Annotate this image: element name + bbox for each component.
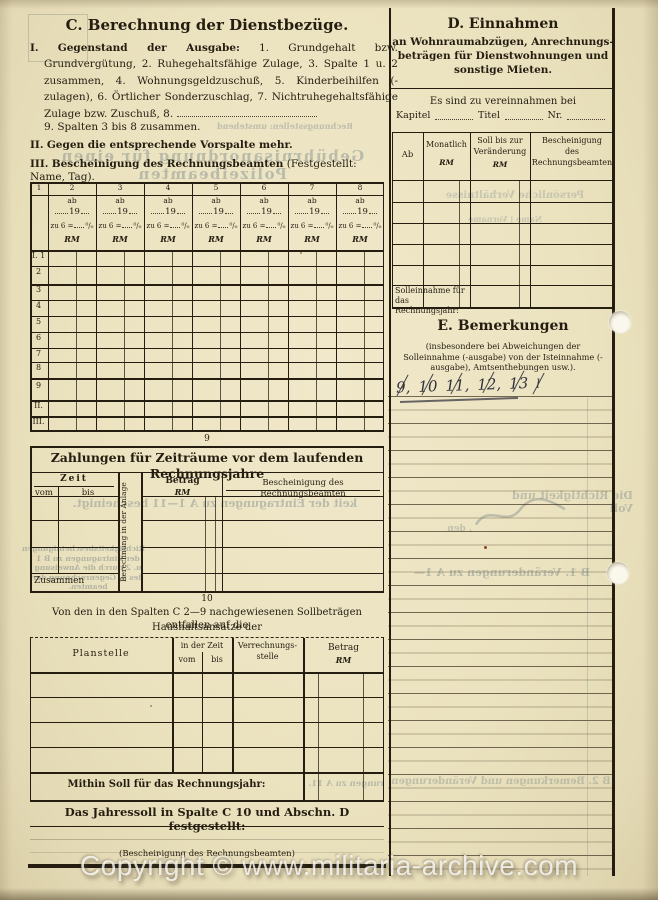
- main-table-row-label: 2: [30, 267, 47, 277]
- rule-line: [30, 300, 384, 301]
- paragraph-1-lead: Gegenstand der Ausgabe:: [58, 42, 240, 54]
- dotted-fill-line: [567, 118, 605, 120]
- colhead-rate: zu 6 =⁰/₀: [288, 220, 336, 230]
- rule-line: [30, 591, 384, 593]
- main-table-row-label: 5: [30, 317, 47, 327]
- colhead-rate: zu 6 =⁰/₀: [240, 220, 288, 230]
- colhead-year: 19: [96, 206, 144, 217]
- colhead-year: 19: [192, 206, 240, 217]
- colhead-currency: RM: [192, 234, 240, 244]
- main-table-column-header: ab 19 zu 6 =⁰/₀ RM: [144, 196, 192, 249]
- main-table-row-label: 9: [30, 381, 47, 391]
- rule-line: [30, 362, 384, 363]
- main-table-row-label: 4: [30, 301, 47, 311]
- paragraph-1-tail: 9. Spalten 3 bis 8 zusammen.: [44, 121, 384, 134]
- main-table-row-label: II.: [30, 401, 47, 411]
- rule-line: [30, 638, 31, 800]
- rule-line: [363, 672, 364, 800]
- colhead-rate: zu 6 =⁰/₀: [144, 220, 192, 230]
- allocation-col-rm: RM: [303, 655, 384, 665]
- paragraph-2-text: Gegen die entsprechende Vorspalte mehr.: [47, 139, 293, 151]
- income-col-monatlich-rm: RM: [423, 158, 470, 167]
- rule-line: [30, 332, 384, 333]
- colhead-year: 19: [144, 206, 192, 217]
- section-c-paragraph-3: III. Bescheinigung des Rechnungsbeamten …: [30, 158, 390, 184]
- paper-speckle: [300, 252, 302, 254]
- main-table-col-number: 2: [48, 183, 96, 192]
- rule-line: [30, 284, 384, 286]
- colhead-currency: RM: [48, 234, 96, 244]
- rule-line: [587, 398, 588, 876]
- main-table-col-number: 5: [192, 183, 240, 192]
- main-table-column-header: ab 19 zu 6 =⁰/₀ RM: [336, 196, 384, 249]
- payments-col-rm: RM: [143, 487, 222, 497]
- section-e-title: E. Bemerkungen: [392, 318, 614, 336]
- rule-line: [316, 250, 317, 430]
- colhead-year: 19: [48, 206, 96, 217]
- section-d-subtitle-1: an Wohnraumabzügen, Anrechnungs-: [392, 36, 614, 49]
- rule-line: [30, 672, 384, 674]
- income-col-ab: Ab: [392, 150, 423, 161]
- rule-line: [30, 839, 384, 840]
- paragraph-3-text: Bescheinigung des Rechnungsbeamten: [52, 158, 284, 170]
- rule-line: [30, 378, 384, 380]
- ghost-pers: Persönliche Verhältnisse: [425, 190, 605, 202]
- payments-col-bis: bis: [58, 488, 118, 499]
- main-table-column-header: ab 19 zu 6 =⁰/₀ RM: [192, 196, 240, 249]
- income-col-monatlich: Monatlich: [423, 140, 470, 150]
- colhead-ab: ab: [192, 196, 240, 205]
- handwritten-mark: l: [536, 377, 540, 392]
- colhead-rate: zu 6 =⁰/₀: [48, 220, 96, 230]
- rule-line: [30, 747, 384, 748]
- rule-line: [392, 132, 614, 133]
- colhead-currency: RM: [96, 234, 144, 244]
- colhead-ab: ab: [96, 196, 144, 205]
- income-col-bescheinigung-2: des: [530, 147, 614, 157]
- main-table-row-label: 3: [30, 285, 47, 295]
- rule-line: [392, 180, 614, 181]
- income-sum-label-2: das Rechnungsjahr:: [395, 296, 475, 316]
- allocation-col-planstelle: Planstelle: [30, 648, 172, 660]
- rule-line: [392, 265, 614, 266]
- colhead-currency: RM: [288, 234, 336, 244]
- roman-label: I.: [30, 42, 39, 54]
- rule-line: [30, 800, 384, 802]
- main-table-row-label: I. 1: [30, 251, 47, 261]
- rule-line: [215, 496, 216, 591]
- rule-line: [143, 573, 384, 574]
- main-table-column-header: ab 19 zu 6 =⁰/₀ RM: [240, 196, 288, 249]
- section-c-title: C. Berechnung der Dienstbezüge.: [30, 16, 384, 35]
- mithin-soll-label: Mithin Soll für das Rechnungsjahr:: [30, 779, 303, 792]
- main-table-column-header: ab 19 zu 6 =⁰/₀ RM: [288, 196, 336, 249]
- rule-line: [205, 496, 206, 591]
- section-e-note: (insbesondere bei Abweichungen der Solle…: [401, 341, 605, 373]
- rule-line: [268, 250, 269, 430]
- rule-line: [30, 316, 384, 317]
- main-table-row-label: 6: [30, 333, 47, 343]
- allocation-col-verrechnung-1: Verrechnungs-: [232, 641, 303, 651]
- rule-line: [392, 244, 614, 245]
- main-table-row-label: III.: [30, 417, 47, 427]
- watermark-text: Copyright © www.militaria-archive.com: [15, 850, 643, 882]
- allocation-col-bis: bis: [202, 655, 232, 665]
- income-col-soll-rm: RM: [470, 160, 530, 169]
- dotted-fill-line: [177, 108, 317, 117]
- handwritten-number: 9,: [396, 378, 411, 397]
- rule-line: [30, 400, 384, 402]
- rule-line: [124, 250, 125, 430]
- rule-line: [30, 547, 118, 548]
- handwritten-number: 13: [509, 374, 529, 393]
- punch-hole: [609, 311, 631, 333]
- colhead-currency: RM: [144, 234, 192, 244]
- payments-col-vom: vom: [30, 488, 58, 499]
- allocation-col-vom: vom: [172, 655, 202, 665]
- handwritten-remark: 9,1011,12,13l: [396, 370, 607, 397]
- rule-line: [30, 722, 384, 723]
- main-table-col-number: 4: [144, 183, 192, 192]
- dotted-fill-line: [435, 118, 473, 120]
- main-table-col-number: 8: [336, 183, 384, 192]
- section-d-intro: Es sind zu vereinnahmen bei: [392, 96, 614, 109]
- main-table-row-label: 8: [30, 363, 47, 373]
- rule-line: [364, 250, 365, 430]
- colhead-ab: ab: [288, 196, 336, 205]
- form-page-number-9: 9: [30, 434, 384, 445]
- main-table-column-header: ab 19 zu 6 =⁰/₀ RM: [48, 196, 96, 249]
- rule-line: [76, 250, 77, 430]
- rule-line: [390, 88, 614, 89]
- payments-col-berechnung-rotated: Berechnung in der Anlage: [119, 474, 142, 590]
- rule-line: [30, 697, 384, 698]
- colhead-year: 19: [336, 206, 384, 217]
- income-col-soll-1: Soll bis zur: [470, 136, 530, 146]
- rule-line: [143, 547, 384, 548]
- rule-line: [34, 486, 114, 487]
- rule-line: [470, 132, 471, 308]
- income-col-soll-2: Veränderung: [470, 147, 530, 157]
- nr-label: Nr.: [548, 110, 563, 122]
- allocation-intro-line2: Haushaltsansätze der: [30, 622, 384, 635]
- payments-col-bescheinigung: Bescheinigung des Rechnungsbeamten: [222, 478, 384, 499]
- handwritten-number: 10: [418, 377, 438, 396]
- allocation-col-betrag: Betrag: [303, 643, 384, 654]
- rule-line: [143, 520, 384, 521]
- colhead-ab: ab: [144, 196, 192, 205]
- colhead-currency: RM: [336, 234, 384, 244]
- rule-line: [30, 772, 384, 774]
- main-table-column-header: ab 19 zu 6 =⁰/₀ RM: [96, 196, 144, 249]
- rule-line: [30, 416, 384, 418]
- table-border-dashed: [30, 637, 384, 638]
- rule-line: [318, 672, 319, 800]
- colhead-ab: ab: [240, 196, 288, 205]
- dotted-fill-line: [505, 118, 543, 120]
- allocation-col-zeit: in der Zeit: [172, 641, 232, 651]
- colhead-year: 19: [288, 206, 336, 217]
- rule-line: [30, 520, 118, 521]
- section-c-paragraph-1: I. Gegenstand der Ausgabe: 1. Grundgehal…: [30, 40, 398, 122]
- titel-label: Titel: [478, 110, 500, 122]
- roman-label: II.: [30, 139, 43, 151]
- payments-row-zusammen: Zusammen: [34, 576, 114, 587]
- rule-line: [220, 250, 221, 430]
- kapitel-titel-nr-row: Kapitel Titel Nr.: [396, 110, 610, 122]
- income-sum-label-1: Solleinnahme für: [395, 286, 475, 296]
- main-table-col-number: 6: [240, 183, 288, 192]
- ruled-lines-area: [388, 396, 614, 876]
- rule-line: [30, 446, 384, 448]
- rule-line: [30, 573, 118, 574]
- rule-line: [392, 223, 614, 224]
- payments-col-betrag: Betrag: [143, 476, 222, 487]
- rule-line: [58, 487, 59, 573]
- income-col-bescheinigung-3: Rechnungsbeamten: [530, 158, 614, 168]
- rule-line: [30, 266, 384, 267]
- scanned-form-page: Gebührnisanordnung für einen Polizeibeam…: [0, 0, 658, 900]
- main-table-row-label: 7: [30, 349, 47, 359]
- colhead-currency: RM: [240, 234, 288, 244]
- roman-label: III.: [30, 158, 48, 170]
- rule-line: [202, 652, 203, 772]
- section-d-title: D. Einnahmen: [392, 16, 614, 34]
- punch-hole: [607, 562, 629, 584]
- main-table-col-number: 3: [96, 183, 144, 192]
- rule-line: [30, 430, 384, 432]
- income-col-bescheinigung-1: Bescheinigung: [530, 136, 614, 146]
- ghost-a11b: rungen zu A 11.: [298, 779, 384, 789]
- form-page-number-10: 10: [30, 594, 384, 605]
- kapitel-label: Kapitel: [396, 110, 430, 122]
- main-table-col-number: 7: [288, 183, 336, 192]
- colhead-rate: zu 6 =⁰/₀: [336, 220, 384, 230]
- section-d-subtitle-3: sonstige Mieten.: [392, 64, 614, 77]
- allocation-col-verrechnung-2: stelle: [232, 652, 303, 662]
- rule-line: [392, 202, 614, 203]
- colhead-ab: ab: [48, 196, 96, 205]
- rule-line: [172, 250, 173, 430]
- payments-col-zeit: Zeit: [30, 474, 118, 485]
- colhead-year: 19: [240, 206, 288, 217]
- colhead-rate: zu 6 =⁰/₀: [96, 220, 144, 230]
- section-c-paragraph-2: II. Gegen die entsprechende Vorspalte me…: [30, 139, 384, 152]
- jahressoll-label: Das Jahressoll in Spalte C 10 und Abschn…: [30, 805, 384, 834]
- rule-line: [389, 8, 391, 876]
- paper-speckle: [484, 546, 487, 549]
- paper-speckle: [150, 705, 152, 707]
- rule-line: [30, 250, 384, 252]
- rule-line: [30, 348, 384, 349]
- section-d-subtitle-2: beträgen für Dienstwohnungen und: [392, 50, 614, 63]
- handwritten-number: 11,: [445, 376, 469, 396]
- handwritten-number: 12,: [477, 375, 501, 395]
- colhead-ab: ab: [336, 196, 384, 205]
- colhead-rate: zu 6 =⁰/₀: [192, 220, 240, 230]
- main-table-col-number: 1: [30, 183, 48, 192]
